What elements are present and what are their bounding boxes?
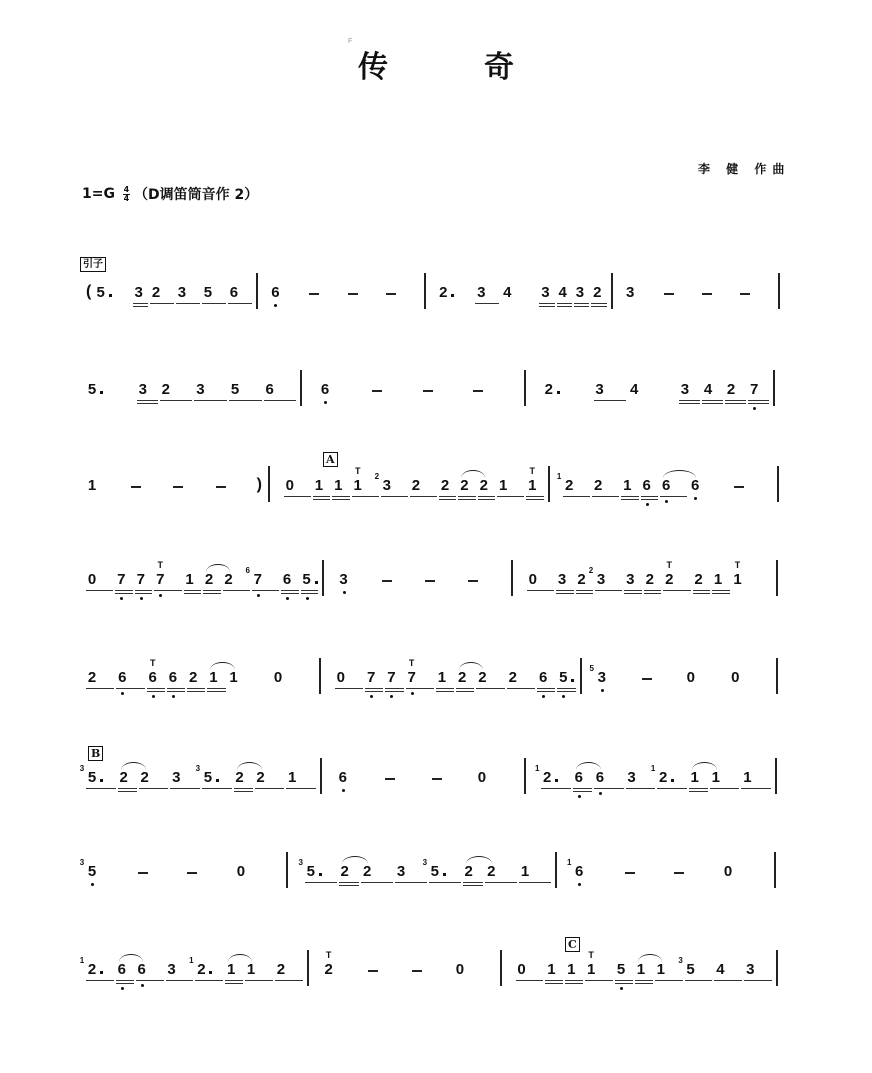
grace-note: 1 — [556, 473, 562, 480]
beam-underline — [485, 882, 517, 883]
barline — [776, 560, 778, 596]
note: 2 — [234, 770, 246, 786]
beam-underline — [281, 590, 299, 591]
beam-underline — [497, 496, 524, 497]
beam-underline — [166, 980, 194, 981]
augmentation-dot — [555, 779, 558, 782]
note: 4 — [628, 382, 640, 398]
note: 3 — [744, 962, 756, 978]
beam-underline — [594, 400, 627, 401]
ornament-mark: T — [352, 467, 364, 476]
note: 1 — [519, 864, 531, 880]
note: 3 — [381, 478, 393, 494]
beam-underline — [702, 403, 723, 404]
beam-underline — [203, 590, 221, 591]
grace-note: 3 — [79, 859, 85, 866]
beam-underline — [585, 980, 613, 981]
barline — [322, 560, 324, 596]
beam-underline — [234, 788, 253, 789]
beam-underline — [395, 882, 427, 883]
beam-underline — [385, 691, 403, 692]
sustain-dash — [131, 486, 141, 488]
barline — [773, 370, 775, 406]
beam-underline — [456, 691, 474, 692]
beam-underline — [592, 496, 619, 497]
note: 1 — [710, 770, 722, 786]
beam-underline — [702, 400, 723, 401]
beam-underline — [332, 496, 349, 497]
beam-underline — [594, 788, 624, 789]
title-char-2: 奇 — [484, 42, 514, 86]
beam-underline — [116, 983, 134, 984]
beam-underline — [203, 593, 221, 594]
note: 2 — [223, 572, 235, 588]
sustain-dash — [216, 486, 226, 488]
low-octave-dot — [342, 789, 345, 792]
note: 3 — [574, 285, 586, 301]
ornament-mark: T — [147, 659, 159, 668]
note: 3 — [539, 285, 551, 301]
low-octave-dot — [120, 597, 123, 600]
beam-underline — [229, 400, 262, 401]
beam-underline — [225, 980, 243, 981]
beam-underline — [439, 499, 456, 500]
note: 6 — [319, 382, 331, 398]
rehearsal-mark-b: B — [88, 746, 103, 761]
note: 1 — [225, 962, 237, 978]
beam-underline — [591, 306, 606, 307]
beam-underline — [133, 303, 148, 304]
note: 6 — [573, 770, 585, 786]
beam-underline — [234, 791, 253, 792]
title-char-1: 传 — [358, 42, 388, 86]
note: 6 — [116, 962, 128, 978]
beam-underline — [615, 980, 633, 981]
beam-underline — [526, 499, 543, 500]
beam-underline — [621, 496, 638, 497]
beam-underline — [436, 688, 454, 689]
beam-underline — [228, 303, 252, 304]
note: 1 — [689, 770, 701, 786]
ornament-mark: T — [406, 659, 418, 668]
beam-underline — [187, 688, 205, 689]
augmentation-dot — [319, 873, 322, 876]
note: 2 — [563, 478, 575, 494]
note: 2 — [576, 572, 588, 588]
beam-underline — [86, 788, 116, 789]
beam-underline — [693, 590, 711, 591]
sustain-dash — [173, 486, 183, 488]
beam-underline — [539, 303, 554, 304]
rehearsal-mark-intro: 引子 — [80, 257, 106, 272]
beam-underline — [137, 403, 158, 404]
sustain-dash — [642, 678, 652, 680]
beam-underline — [458, 499, 475, 500]
barline — [524, 370, 526, 406]
augmentation-dot — [109, 294, 112, 297]
beam-underline — [626, 788, 656, 789]
note: 3 — [170, 770, 182, 786]
low-octave-dot — [172, 695, 175, 698]
beam-underline — [519, 882, 551, 883]
note: 2 — [86, 670, 98, 686]
note: 5 — [202, 285, 214, 301]
beam-underline — [641, 496, 658, 497]
note: 1 — [207, 670, 219, 686]
note: 1 — [86, 478, 98, 494]
note: 7 — [252, 572, 264, 588]
note: 5 — [557, 670, 569, 686]
barline — [555, 852, 557, 888]
note: 6 — [573, 864, 585, 880]
beam-underline — [635, 983, 653, 984]
note: 2 — [644, 572, 656, 588]
note: 2 — [275, 962, 287, 978]
augmentation-dot — [443, 873, 446, 876]
note: 2 — [86, 962, 98, 978]
note: 1 — [732, 572, 744, 588]
beam-underline — [478, 496, 495, 497]
note: 2 — [456, 670, 468, 686]
low-octave-dot — [694, 497, 697, 500]
grace-note: 2 — [588, 567, 594, 574]
note: 1 — [332, 478, 344, 494]
beam-underline — [115, 590, 133, 591]
note: 2 — [410, 478, 422, 494]
beam-underline — [545, 980, 563, 981]
sustain-dash — [664, 293, 674, 295]
low-octave-dot — [370, 695, 373, 698]
note: 0 — [284, 478, 296, 494]
grace-note: 1 — [188, 957, 194, 964]
note: 5 — [429, 864, 441, 880]
augmentation-dot — [671, 779, 674, 782]
note: 6 — [337, 770, 349, 786]
augmentation-dot — [557, 391, 560, 394]
beam-underline — [712, 590, 730, 591]
beam-underline — [365, 691, 383, 692]
note: 2 — [485, 864, 497, 880]
low-octave-dot — [140, 597, 143, 600]
note: 2 — [195, 962, 207, 978]
note: 1 — [712, 572, 724, 588]
key-note: （D调笛筒音作 2） — [134, 184, 258, 204]
note: 0 — [454, 962, 466, 978]
section-b-line-1: 5322353221602166321111 — [0, 770, 872, 830]
beam-underline — [635, 980, 653, 981]
beam-underline — [332, 499, 349, 500]
beam-underline — [301, 593, 319, 594]
augmentation-dot — [209, 971, 212, 974]
note: 0 — [516, 962, 528, 978]
low-octave-dot — [274, 304, 277, 307]
key-signature: 1=G 4 4 （D调笛筒音作 2） — [82, 184, 258, 204]
beam-underline — [478, 499, 495, 500]
note: 5 — [202, 770, 214, 786]
low-octave-dot — [152, 695, 155, 698]
beam-underline — [748, 403, 769, 404]
beam-underline — [86, 980, 114, 981]
low-octave-dot — [601, 689, 604, 692]
beam-underline — [741, 788, 771, 789]
beam-underline — [537, 691, 555, 692]
note: 3 — [594, 382, 606, 398]
sustain-dash — [309, 293, 319, 295]
beam-underline — [475, 303, 499, 304]
section-a-line-2: 0777T1227665303232322T211T — [0, 572, 872, 632]
augmentation-dot — [571, 679, 574, 682]
note: 6 — [660, 478, 672, 494]
note: 6 — [147, 670, 159, 686]
note: 5 — [615, 962, 627, 978]
low-octave-dot — [665, 500, 668, 503]
note: 0 — [729, 670, 741, 686]
beam-underline — [679, 403, 700, 404]
beam-underline — [335, 688, 363, 689]
low-octave-dot — [286, 597, 289, 600]
beam-underline — [573, 791, 592, 792]
note: 2 — [478, 478, 490, 494]
note: 5 — [229, 382, 241, 398]
note: 6 — [116, 670, 128, 686]
ornament-mark: T — [154, 561, 166, 570]
note: 3 — [475, 285, 487, 301]
note: 2 — [437, 285, 449, 301]
beam-underline — [137, 400, 158, 401]
beam-underline — [118, 791, 137, 792]
sustain-dash — [138, 872, 148, 874]
barline — [524, 758, 526, 794]
note: 7 — [154, 572, 166, 588]
beam-underline — [352, 496, 379, 497]
note: 2 — [507, 670, 519, 686]
grace-note: 6 — [245, 567, 251, 574]
beam-underline — [574, 306, 589, 307]
sustain-dash — [425, 580, 435, 582]
beam-underline — [184, 593, 202, 594]
low-octave-dot — [306, 597, 309, 600]
note: 4 — [702, 382, 714, 398]
note: 2 — [187, 670, 199, 686]
parenthesis: ) — [257, 476, 262, 494]
beam-underline — [565, 980, 583, 981]
sustain-dash — [385, 778, 395, 780]
beam-underline — [116, 980, 134, 981]
grace-note: 3 — [195, 765, 201, 772]
beam-underline — [712, 593, 730, 594]
beam-underline — [748, 400, 769, 401]
beam-underline — [657, 788, 687, 789]
beam-underline — [463, 885, 484, 886]
beam-underline — [615, 983, 633, 984]
section-b-line-2: 5305322353221610 — [0, 864, 872, 924]
beam-underline — [139, 788, 169, 789]
beam-underline — [439, 496, 456, 497]
note: 3 — [395, 864, 407, 880]
beam-underline — [624, 593, 642, 594]
beam-underline — [725, 400, 746, 401]
note: 3 — [679, 382, 691, 398]
barline — [774, 852, 776, 888]
beam-underline — [176, 303, 200, 304]
beam-underline — [410, 496, 437, 497]
note: 3 — [176, 285, 188, 301]
low-octave-dot — [121, 692, 124, 695]
barline — [307, 950, 309, 986]
intro-line-2: 53235662343427 — [0, 382, 872, 442]
beam-underline — [147, 688, 165, 689]
note: 1 — [526, 478, 538, 494]
note: 3 — [626, 770, 638, 786]
beam-underline — [557, 691, 575, 692]
barline — [548, 466, 550, 502]
barline — [778, 273, 780, 309]
grace-note: 3 — [422, 859, 428, 866]
note: 1 — [352, 478, 364, 494]
note: 1 — [741, 770, 753, 786]
note: 4 — [501, 285, 513, 301]
beam-underline — [284, 496, 311, 497]
low-octave-dot — [411, 692, 414, 695]
beam-underline — [167, 688, 185, 689]
beam-underline — [313, 496, 330, 497]
low-octave-dot — [646, 503, 649, 506]
low-octave-dot — [141, 984, 144, 987]
beam-underline — [116, 688, 144, 689]
barline — [319, 658, 321, 694]
note: 1 — [545, 962, 557, 978]
low-octave-dot — [159, 594, 162, 597]
intro-line-1: (532356623434323 — [0, 285, 872, 345]
beam-underline — [557, 688, 575, 689]
beam-underline — [526, 496, 543, 497]
barline — [777, 466, 779, 502]
beam-underline — [537, 688, 555, 689]
beam-underline — [195, 980, 223, 981]
note: 4 — [557, 285, 569, 301]
note: 2 — [657, 770, 669, 786]
note: 2 — [543, 382, 555, 398]
note: 7 — [135, 572, 147, 588]
barline — [775, 758, 777, 794]
beam-underline — [202, 303, 226, 304]
note: 2 — [591, 285, 603, 301]
beam-underline — [339, 885, 360, 886]
beam-underline — [458, 496, 475, 497]
page-title: 传奇 — [0, 42, 872, 86]
beam-underline — [202, 788, 232, 789]
note: 1 — [245, 962, 257, 978]
note: 7 — [115, 572, 127, 588]
note: 0 — [722, 864, 734, 880]
beam-underline — [689, 791, 708, 792]
beam-underline — [187, 691, 205, 692]
note: 2 — [476, 670, 488, 686]
beam-underline — [305, 882, 337, 883]
beam-underline — [545, 983, 563, 984]
low-octave-dot — [578, 883, 581, 886]
beam-underline — [184, 590, 202, 591]
note: 2 — [693, 572, 705, 588]
beam-underline — [693, 593, 711, 594]
note: 3 — [624, 285, 636, 301]
time-signature: 4 4 — [123, 186, 130, 203]
beam-underline — [655, 980, 683, 981]
sustain-dash — [674, 872, 684, 874]
beam-underline — [381, 496, 408, 497]
beam-underline — [624, 590, 642, 591]
barline — [256, 273, 258, 309]
beam-underline — [456, 688, 474, 689]
grace-note: 1 — [79, 957, 85, 964]
note: 2 — [339, 864, 351, 880]
note: 1 — [497, 478, 509, 494]
grace-note: 2 — [374, 473, 380, 480]
beam-underline — [339, 882, 360, 883]
beam-underline — [679, 400, 700, 401]
beam-underline — [150, 303, 174, 304]
beam-underline — [86, 590, 113, 591]
note: 6 — [136, 962, 148, 978]
sustain-dash — [432, 778, 442, 780]
beam-underline — [207, 691, 225, 692]
augmentation-dot — [315, 581, 318, 584]
note: 7 — [365, 670, 377, 686]
sustain-dash — [382, 580, 392, 582]
note: 3 — [338, 572, 350, 588]
beam-underline — [86, 688, 114, 689]
note: 1 — [286, 770, 298, 786]
grace-note: 3 — [79, 765, 85, 772]
ornament-mark: T — [663, 561, 675, 570]
beam-underline — [563, 496, 590, 497]
beam-underline — [744, 980, 772, 981]
note: 0 — [86, 572, 98, 588]
low-octave-dot — [578, 795, 581, 798]
note: 3 — [166, 962, 178, 978]
note: 5 — [86, 770, 98, 786]
beam-underline — [147, 691, 165, 692]
sustain-dash — [423, 390, 433, 392]
barline — [511, 560, 513, 596]
note: 1 — [228, 670, 240, 686]
beam-underline — [539, 306, 554, 307]
note: 2 — [439, 478, 451, 494]
sustain-dash — [348, 293, 358, 295]
note: 3 — [194, 382, 206, 398]
note: 3 — [556, 572, 568, 588]
note: 2 — [361, 864, 373, 880]
beam-underline — [207, 688, 225, 689]
low-octave-dot — [343, 591, 346, 594]
grace-note: 5 — [589, 665, 595, 672]
note: 1 — [585, 962, 597, 978]
note: 3 — [137, 382, 149, 398]
beam-underline — [557, 306, 572, 307]
beam-underline — [160, 400, 193, 401]
note: 6 — [594, 770, 606, 786]
barline — [611, 273, 613, 309]
rehearsal-mark-a: A — [323, 452, 338, 467]
beam-underline — [170, 788, 200, 789]
barline — [776, 950, 778, 986]
beam-underline — [429, 882, 461, 883]
note: 2 — [255, 770, 267, 786]
beam-underline — [660, 496, 687, 497]
note: 1 — [436, 670, 448, 686]
note: 1 — [565, 962, 577, 978]
note: 2 — [118, 770, 130, 786]
